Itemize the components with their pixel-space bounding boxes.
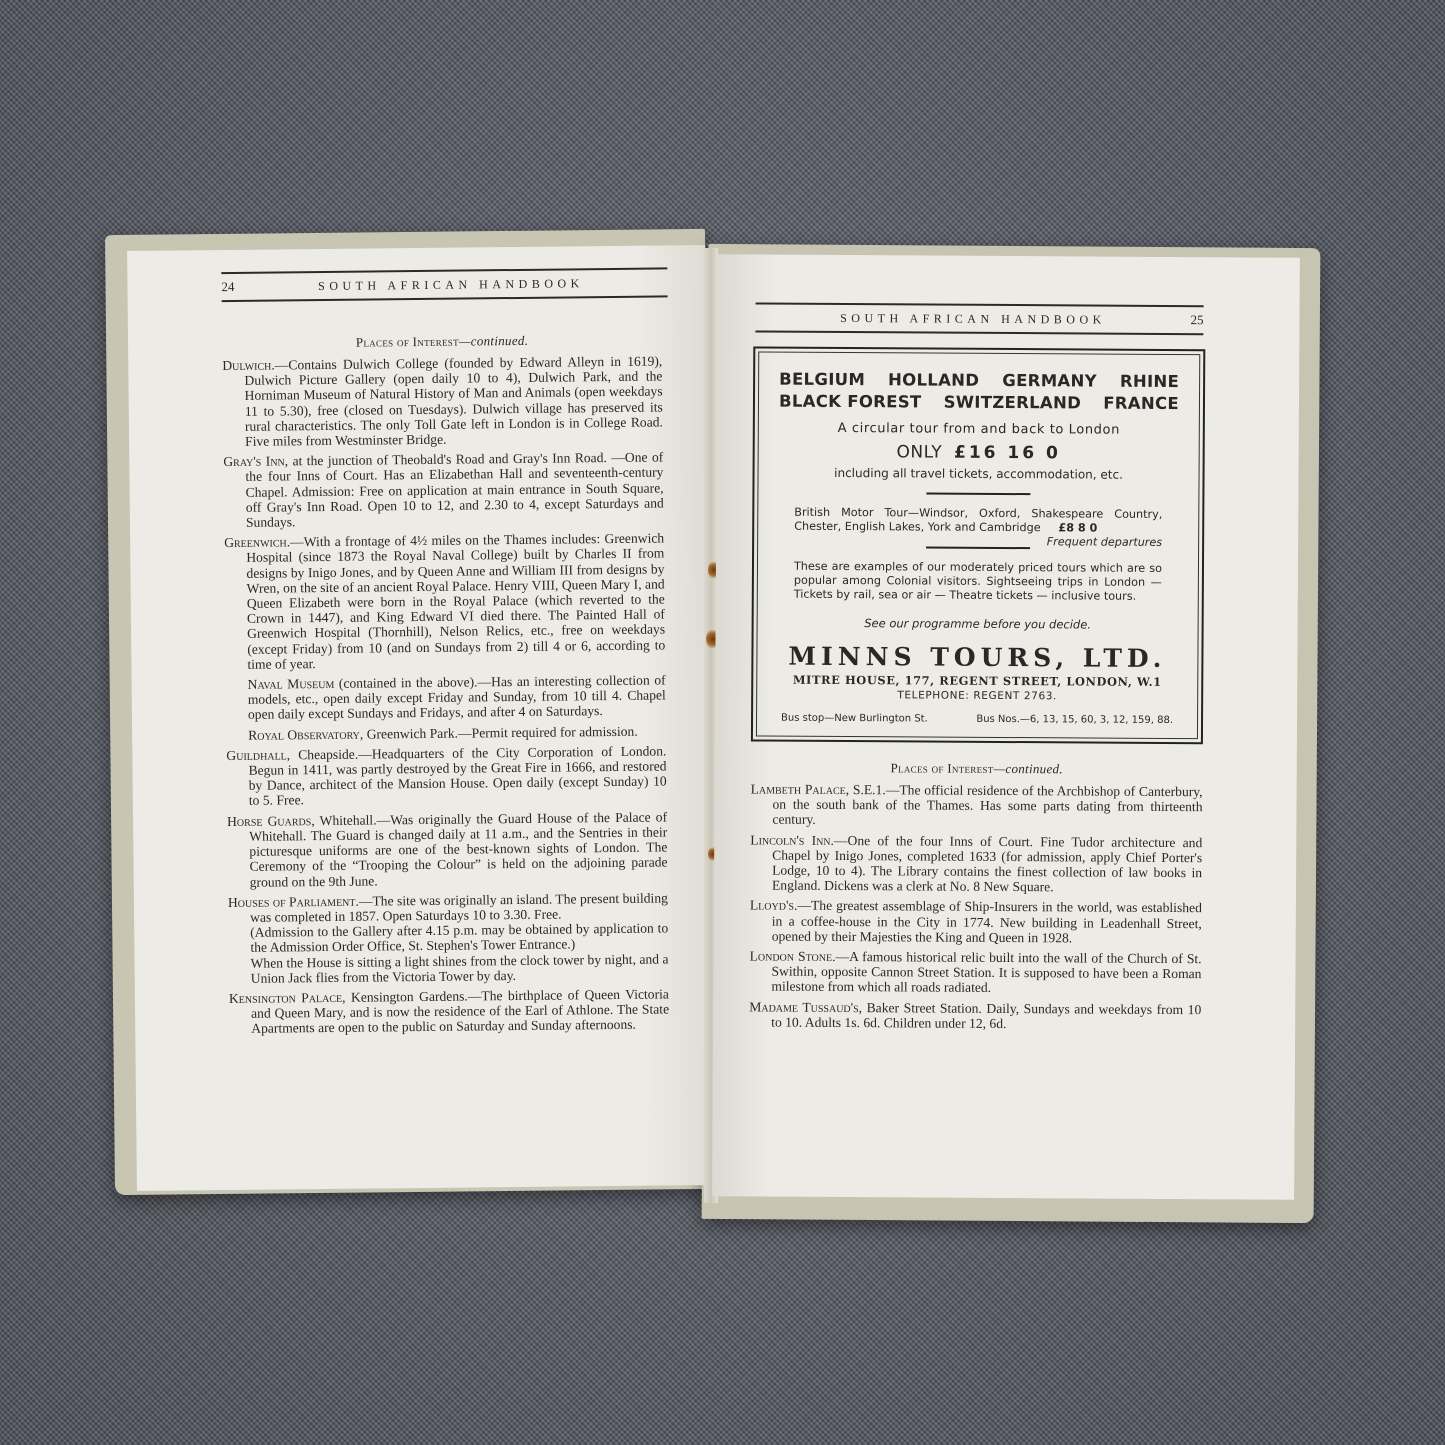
ad-country: BLACK FOREST xyxy=(779,391,922,414)
ad-telephone: TELEPHONE: REGENT 2763. xyxy=(777,689,1177,703)
entry-guildhall: Guildhall, Cheapside.—Headquarters of th… xyxy=(226,743,667,808)
entry-royal-observatory: Royal Observatory, Greenwich Park.—Permi… xyxy=(226,723,666,743)
entry-horse-guards: Horse Guards, Whitehall.—Was originally … xyxy=(227,809,668,890)
entry-name: London Stone. xyxy=(750,948,836,964)
entry-name: Guildhall, xyxy=(226,747,290,763)
entry-text: at the junction of Theobald's Road and G… xyxy=(245,450,663,530)
ad-price-value: £16 16 0 xyxy=(954,443,1061,464)
ad-company-name: MINNS TOURS, LTD. xyxy=(777,642,1177,673)
right-page-body: BELGIUM HOLLAND GERMANY RHINE BLACK FORE… xyxy=(749,338,1205,1037)
entry-naval-museum: Naval Museum (contained in the above).—H… xyxy=(226,672,666,722)
ad-price: ONLY £16 16 0 xyxy=(779,442,1179,464)
ad-bus-stop: Bus stop—New Burlington St. xyxy=(781,713,928,725)
minns-tours-advert: BELGIUM HOLLAND GERMANY RHINE BLACK FORE… xyxy=(751,346,1205,744)
section-title: Places of Interest—continued. xyxy=(751,759,1203,778)
entry-name: Lincoln's Inn. xyxy=(750,832,834,848)
entry-kensington-palace: Kensington Palace, Kensington Gardens.—T… xyxy=(229,986,669,1036)
running-head: 24 SOUTH AFRICAN HANDBOOK xyxy=(221,267,667,302)
ad-country: RHINE xyxy=(1120,371,1179,393)
entry-text: —With a frontage of 4½ miles on the Tham… xyxy=(246,531,665,672)
entry-grays-inn: Gray's Inn, at the junction of Theobald'… xyxy=(223,450,664,531)
ad-headline-countries-1: BELGIUM HOLLAND GERMANY RHINE xyxy=(779,369,1179,393)
ad-price-prefix: ONLY xyxy=(896,442,942,462)
ad-country: HOLLAND xyxy=(888,369,979,392)
entry-houses-of-parliament: Houses of Parliament.—The site was origi… xyxy=(228,890,668,925)
entry-name: Royal Observatory, xyxy=(248,726,363,742)
left-page-body: Places of Interest—continued. Dulwich.—C… xyxy=(222,321,669,1041)
ad-motor-tour-price: £8 8 0 xyxy=(1058,521,1097,534)
entry-madame-tussauds: Madame Tussaud's, Baker Street Station. … xyxy=(749,999,1201,1032)
ad-country: BELGIUM xyxy=(779,369,865,392)
ad-tagline: A circular tour from and back to London xyxy=(779,421,1179,438)
ad-motor-tour-text: British Motor Tour—Windsor, Oxford, Shak… xyxy=(794,506,1162,535)
page-number: 25 xyxy=(1190,312,1203,328)
ad-call-to-action: See our programme before you decide. xyxy=(778,616,1178,632)
entry-text: Greenwich Park.—Permit required for admi… xyxy=(363,723,638,741)
entry-name: Naval Museum xyxy=(248,676,335,692)
entry-text: When the House is sitting a light shines… xyxy=(250,951,668,986)
entry-name: Houses of Parliament. xyxy=(228,893,359,909)
ad-bus-info: Bus stop—New Burlington St. Bus Nos.—6, … xyxy=(777,713,1177,726)
ad-description: These are examples of our moderately pri… xyxy=(778,560,1178,604)
entry-text: —One of the four Inns of Court. Fine Tud… xyxy=(772,833,1202,895)
entry-name: Lambeth Palace, xyxy=(751,781,850,797)
page-24: 24 SOUTH AFRICAN HANDBOOK Places of Inte… xyxy=(127,245,715,1191)
ad-country: SWITZERLAND xyxy=(944,392,1082,415)
entry-name: Gray's Inn, xyxy=(223,454,288,470)
ad-divider xyxy=(926,547,1030,550)
entry-name: Kensington Palace, xyxy=(229,990,346,1006)
entry-lincolns-inn: Lincoln's Inn.—One of the four Inns of C… xyxy=(750,832,1202,896)
entry-lambeth-palace: Lambeth Palace, S.E.1.—The official resi… xyxy=(750,781,1202,829)
entry-text: —Contains Dulwich College (founded by Ed… xyxy=(244,353,663,448)
ad-country: GERMANY xyxy=(1002,370,1097,393)
ad-motor-tour: British Motor Tour—Windsor, Oxford, Shak… xyxy=(778,506,1178,536)
entry-lloyds: Lloyd's.—The greatest assemblage of Ship… xyxy=(750,898,1202,946)
ad-motor-tour-note: Frequent departures xyxy=(1047,535,1162,550)
section-title-text: Places of Interest xyxy=(356,334,459,350)
entry-parliament-gallery-note: (Admission to the Gallery after 4.15 p.m… xyxy=(228,921,668,956)
entry-text: —The greatest assemblage of Ship-Insurer… xyxy=(772,898,1202,945)
ad-price-note: including all travel tickets, accommodat… xyxy=(779,466,1179,482)
ad-bus-numbers: Bus Nos.—6, 13, 15, 60, 3, 12, 159, 88. xyxy=(976,714,1173,726)
entry-greenwich: Greenwich.—With a frontage of 4½ miles o… xyxy=(224,531,665,672)
page-number: 24 xyxy=(221,279,234,295)
section-title-suffix: —continued. xyxy=(993,761,1062,776)
running-head-title: SOUTH AFRICAN HANDBOOK xyxy=(234,275,667,295)
section-title-suffix: —continued. xyxy=(459,333,529,349)
running-head: SOUTH AFRICAN HANDBOOK 25 xyxy=(755,302,1203,335)
section-title-text: Places of Interest xyxy=(891,760,994,776)
entry-text: Cheapside.—Headquarters of the City Corp… xyxy=(248,743,666,808)
entry-name: Dulwich. xyxy=(222,358,275,374)
entry-text: —A famous historical relic built into th… xyxy=(771,949,1201,995)
section-title: Places of Interest—continued. xyxy=(222,331,662,352)
entry-name: Lloyd's. xyxy=(750,898,798,913)
ad-address: MITRE HOUSE, 177, REGENT STREET, LONDON,… xyxy=(777,673,1177,689)
entry-dulwich: Dulwich.—Contains Dulwich College (found… xyxy=(222,353,663,449)
ad-country: FRANCE xyxy=(1103,393,1179,415)
entry-name: Greenwich. xyxy=(224,535,290,551)
ad-headline-countries-2: BLACK FOREST SWITZERLAND FRANCE xyxy=(779,391,1179,415)
entry-name: Horse Guards, xyxy=(227,813,315,829)
entry-name: Madame Tussaud's, xyxy=(749,999,862,1015)
page-25: SOUTH AFRICAN HANDBOOK 25 BELGIUM HOLLAN… xyxy=(712,254,1300,1200)
running-head-title: SOUTH AFRICAN HANDBOOK xyxy=(755,310,1190,328)
entry-london-stone: London Stone.—A famous historical relic … xyxy=(749,948,1201,996)
ad-divider xyxy=(926,493,1030,496)
entry-parliament-light-note: When the House is sitting a light shines… xyxy=(228,951,668,986)
entry-text: (Admission to the Gallery after 4.15 p.m… xyxy=(250,921,668,956)
